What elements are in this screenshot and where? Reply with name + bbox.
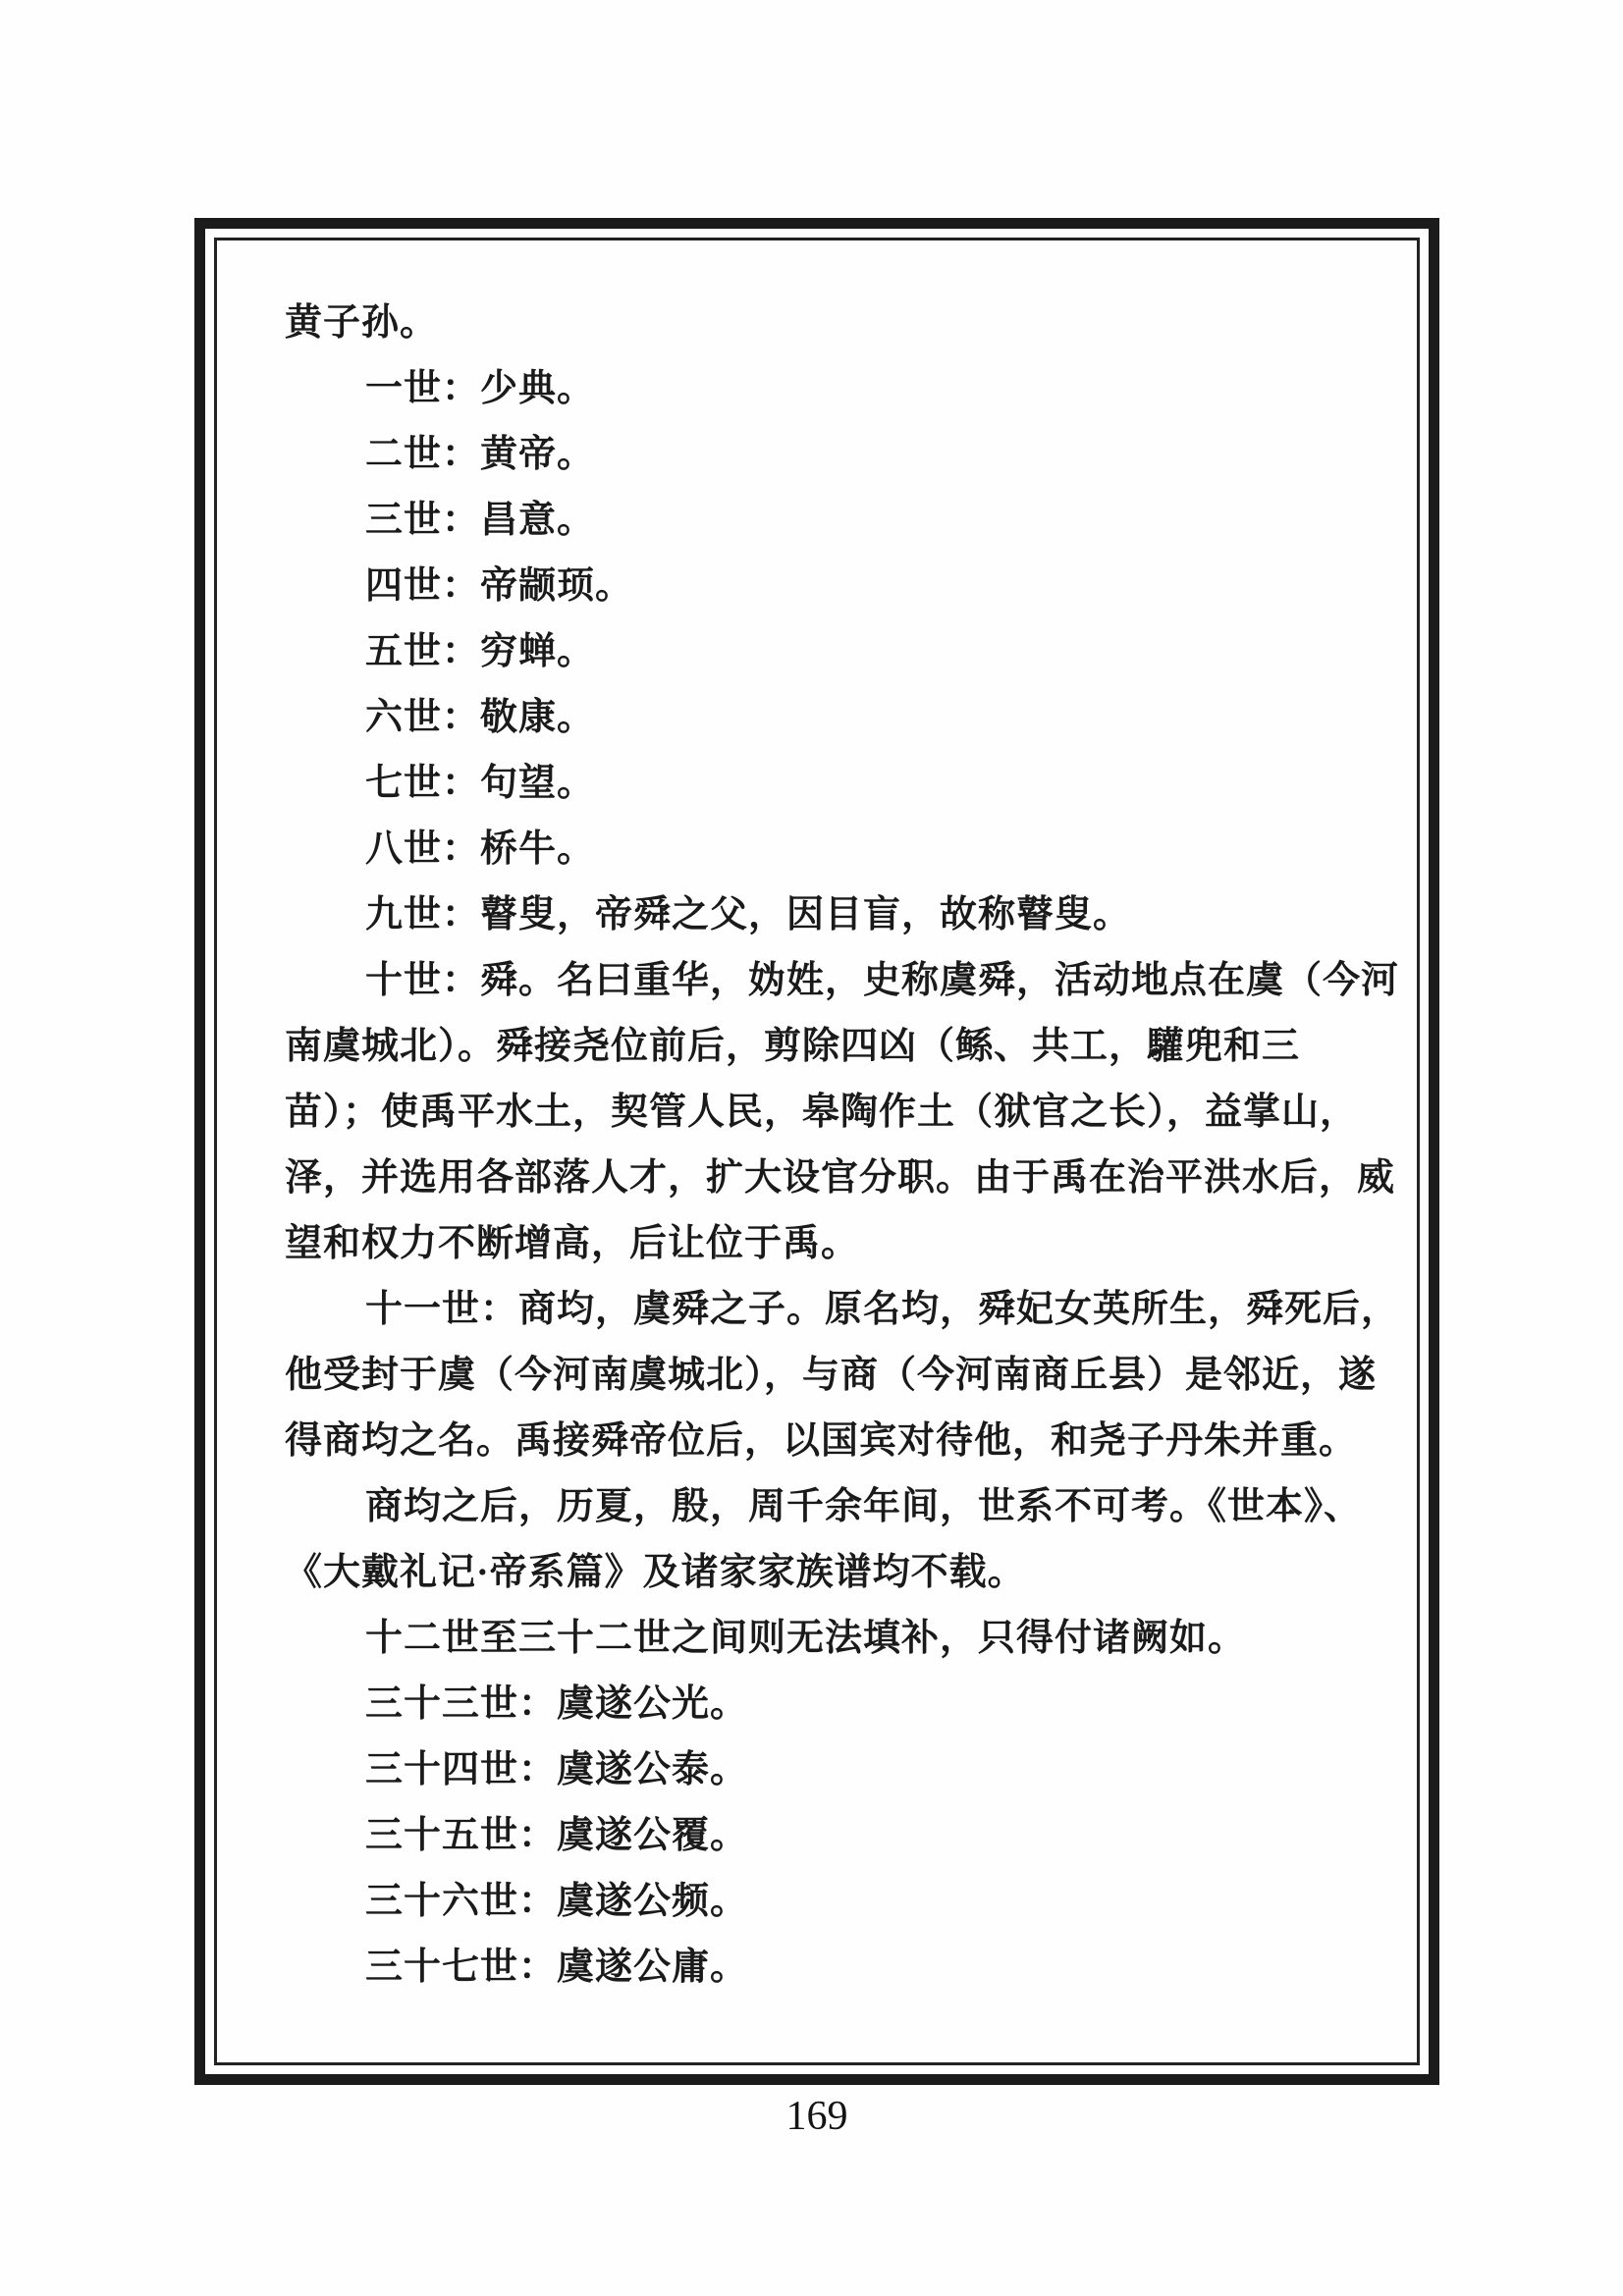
text-line: 十一世：商均，虞舜之子。原名均，舜妃女英所生，舜死后， [285, 1277, 1394, 1343]
text-line: 苗）；使禹平水土，契管人民，皋陶作土（狱官之长），益掌山， [285, 1080, 1394, 1146]
text-line: 五世：穷蝉。 [285, 619, 1394, 685]
text-line: 黄子孙。 [285, 291, 1394, 356]
text-line: 三世：昌意。 [285, 488, 1394, 554]
text-line: 一世：少典。 [285, 356, 1394, 422]
text-line: 三十四世：虞遂公泰。 [285, 1737, 1394, 1803]
text-line: 三十五世：虞遂公覆。 [285, 1803, 1394, 1869]
text-line: 十二世至三十二世之间则无法填补，只得付诸阙如。 [285, 1606, 1394, 1672]
text-line: 得商均之名。禹接舜帝位后，以国宾对待他，和尧子丹朱并重。 [285, 1409, 1394, 1474]
scanned-book-page: 黄子孙。一世：少典。二世：黄帝。三世：昌意。四世：帝颛顼。五世：穷蝉。六世：敬康… [0, 0, 1623, 2296]
text-line: 七世：句望。 [285, 751, 1394, 817]
text-line: 三十六世：虞遂公频。 [285, 1869, 1394, 1935]
text-line: 《大戴礼记·帝系篇》及诸家家族谱均不载。 [285, 1540, 1394, 1606]
genealogy-text-block: 黄子孙。一世：少典。二世：黄帝。三世：昌意。四世：帝颛顼。五世：穷蝉。六世：敬康… [285, 291, 1394, 2001]
text-line: 二世：黄帝。 [285, 422, 1394, 488]
text-line: 三十七世：虞遂公庸。 [285, 1935, 1394, 2001]
page-number: 169 [194, 2093, 1439, 2140]
text-line: 四世：帝颛顼。 [285, 554, 1394, 619]
text-line: 三十三世：虞遂公光。 [285, 1672, 1394, 1737]
text-line: 他受封于虞（今河南虞城北），与商（今河南商丘县）是邻近，遂 [285, 1343, 1394, 1409]
text-line: 商均之后，历夏，殷，周千余年间，世系不可考。《世本》、 [285, 1474, 1394, 1540]
text-line: 六世：敬康。 [285, 685, 1394, 751]
text-line: 九世：瞽叟，帝舜之父，因目盲，故称瞽叟。 [285, 882, 1394, 948]
text-line: 十世：舜。名曰重华，妫姓，史称虞舜，活动地点在虞（今河 [285, 948, 1394, 1014]
text-line: 望和权力不断增高，后让位于禹。 [285, 1211, 1394, 1277]
text-line: 八世：桥牛。 [285, 817, 1394, 882]
text-line: 泽，并选用各部落人才，扩大设官分职。由于禹在治平洪水后，威 [285, 1146, 1394, 1211]
text-line: 南虞城北）。舜接尧位前后，剪除四凶（鲧、共工，驩兜和三 [285, 1014, 1394, 1080]
